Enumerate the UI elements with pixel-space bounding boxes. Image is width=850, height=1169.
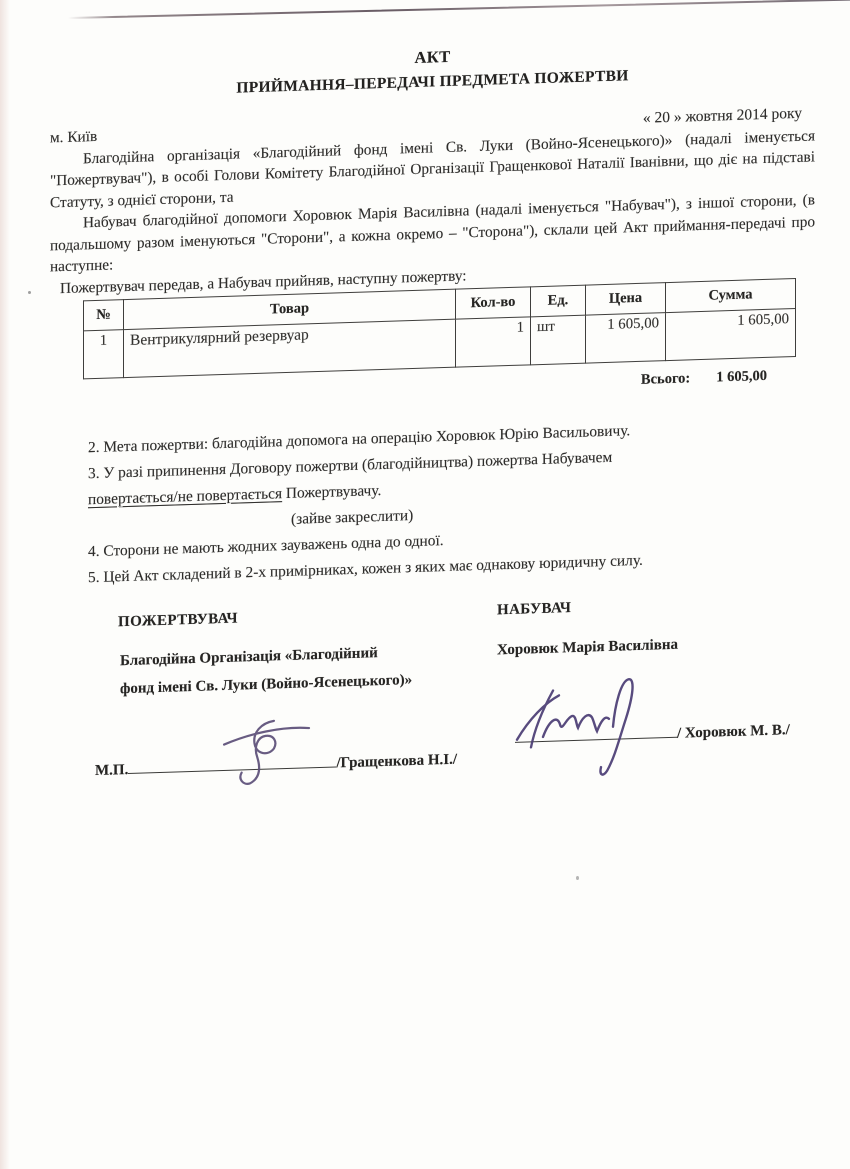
donor-signature-column: ПОЖЕРТВУВАЧ Благодійна Організація «Благ…: [95, 601, 475, 783]
scan-artifact-dot: [576, 876, 579, 880]
seal-label: М.П.: [95, 762, 128, 779]
cell-quantity: 1: [456, 317, 531, 367]
donor-signature-line: М.П./Гращенкова Н.І./: [95, 748, 475, 782]
col-header-sum: Сумма: [666, 279, 796, 313]
signature-section: ПОЖЕРТВУВАЧ Благодійна Організація «Благ…: [50, 590, 815, 784]
recipient-signature-underline: [515, 722, 677, 742]
donor-org-line2: фонд імені Св. Луки (Войно-Ясенецького)»: [120, 672, 412, 697]
donor-handwritten-signature: [213, 705, 333, 797]
donor-signature-caption: /Гращенкова Н.І./: [336, 752, 457, 772]
col-header-unit: Ед.: [531, 285, 586, 317]
total-value: 1 605,00: [716, 366, 767, 389]
scanned-document-page: АКТ ПРИЙМАННЯ–ПЕРЕДАЧІ ПРЕДМЕТА ПОЖЕРТВИ…: [0, 0, 850, 1169]
recipient-signature-line: / Хоровюк М. В./: [515, 718, 797, 749]
cell-unit: шт: [531, 315, 586, 365]
col-header-number: №: [84, 300, 124, 331]
cell-price: 1 605,00: [586, 313, 666, 364]
donor-role-heading: ПОЖЕРТВУВАЧ: [118, 601, 475, 634]
col-header-quantity: Кол-во: [456, 287, 531, 319]
clause-3-underlined-choice: повертається/не повертається: [88, 485, 282, 508]
cell-sum: 1 605,00: [666, 309, 796, 361]
document-body: АКТ ПРИЙМАННЯ–ПЕРЕДАЧІ ПРЕДМЕТА ПОЖЕРТВИ…: [0, 0, 850, 786]
col-header-price: Цена: [586, 283, 666, 316]
clauses-list: 2. Мета пожертви: благодійна допомога на…: [88, 412, 815, 591]
cell-item-name: Вентрикулярний резервуар: [124, 319, 456, 377]
recipient-name: Хоровюк Марія Василівна: [497, 631, 797, 662]
donor-organization-name: Благодійна Організація «Благодійний фонд…: [120, 638, 450, 703]
recipient-role-heading: НАБУВАЧ: [497, 590, 797, 621]
total-label: Всього:: [641, 370, 690, 388]
cell-row-number: 1: [84, 330, 124, 379]
donor-signature-underline: [128, 752, 336, 774]
recipient-signature-column: НАБУВАЧ Хоровюк Марія Василівна / Хоровю…: [497, 590, 797, 769]
recipient-signature-caption: / Хоровюк М. В./: [677, 722, 790, 742]
clause-3-suffix: Пожертвувачу.: [282, 482, 381, 502]
donor-org-line1: Благодійна Організація «Благодійний: [120, 645, 378, 669]
